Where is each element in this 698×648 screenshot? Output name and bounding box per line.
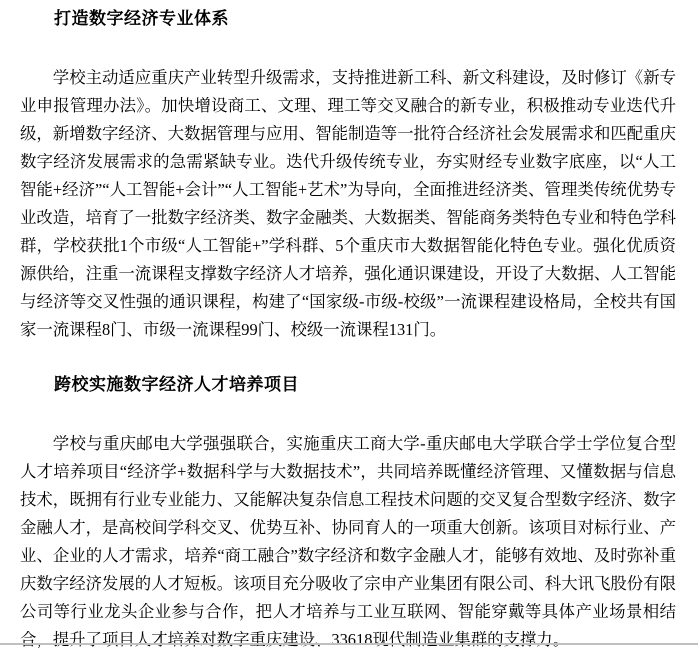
horizontal-divider [0,643,698,645]
section-heading-digital-economy-majors: 打造数字经济专业体系 [20,8,676,30]
document-page: 打造数字经济专业体系 学校主动适应重庆产业转型升级需求，支持推进新工科、新文科建… [0,0,698,648]
section-paragraph-cross-school-program: 学校与重庆邮电大学强强联合，实施重庆工商大学-重庆邮电大学联合学士学位复合型人才… [20,430,676,648]
section-heading-cross-school-program: 跨校实施数字经济人才培养项目 [20,374,676,396]
section-paragraph-digital-economy-majors: 学校主动适应重庆产业转型升级需求，支持推进新工科、新文科建设，及时修订《新专业申… [20,64,676,344]
